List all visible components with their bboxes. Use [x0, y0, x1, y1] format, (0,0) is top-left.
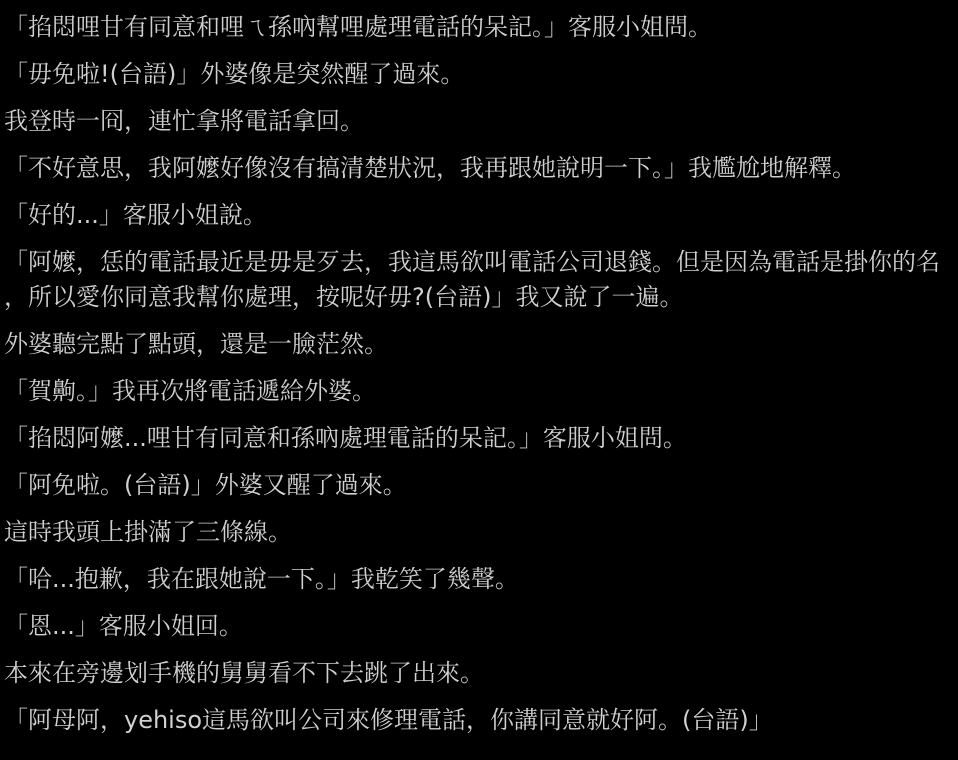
story-paragraph: 「不好意思，我阿嬤好像沒有搞清楚狀況，我再跟她說明一下。」我尷尬地解釋。	[4, 151, 952, 186]
story-paragraph: 「阿嬤，恁的電話最近是毋是歹去，我這馬欲叫電話公司退錢。但是因為電話是掛你的名，…	[4, 245, 952, 315]
story-paragraph: 「好的...」客服小姐說。	[4, 198, 952, 233]
story-paragraph: 「賀齁。」我再次將電話遞給外婆。	[4, 374, 952, 409]
story-paragraph: 「毋免啦!(台語)」外婆像是突然醒了過來。	[4, 57, 952, 92]
story-paragraph: 本來在旁邊划手機的舅舅看不下去跳了出來。	[4, 656, 952, 691]
story-paragraph: 外婆聽完點了點頭，還是一臉茫然。	[4, 327, 952, 362]
story-paragraph: 「掐悶哩甘有同意和哩ㄟ孫吶幫哩處理電話的呆記。」客服小姐問。	[4, 10, 952, 45]
story-paragraph: 「掐悶阿嬤...哩甘有同意和孫吶處理電話的呆記。」客服小姐問。	[4, 421, 952, 456]
story-text: 「掐悶哩甘有同意和哩ㄟ孫吶幫哩處理電話的呆記。」客服小姐問。「毋免啦!(台語)」…	[4, 10, 952, 738]
story-paragraph: 「阿母阿，yehiso這馬欲叫公司來修理電話，你講同意就好阿。(台語)」	[4, 703, 952, 738]
story-paragraph: 這時我頭上掛滿了三條線。	[4, 515, 952, 550]
story-paragraph: 「阿免啦。(台語)」外婆又醒了過來。	[4, 468, 952, 503]
story-paragraph: 「哈...抱歉，我在跟她說一下。」我乾笑了幾聲。	[4, 562, 952, 597]
story-page: 「掐悶哩甘有同意和哩ㄟ孫吶幫哩處理電話的呆記。」客服小姐問。「毋免啦!(台語)」…	[0, 0, 958, 760]
story-paragraph: 我登時一冏，連忙拿將電話拿回。	[4, 104, 952, 139]
story-paragraph: 「恩...」客服小姐回。	[4, 609, 952, 644]
